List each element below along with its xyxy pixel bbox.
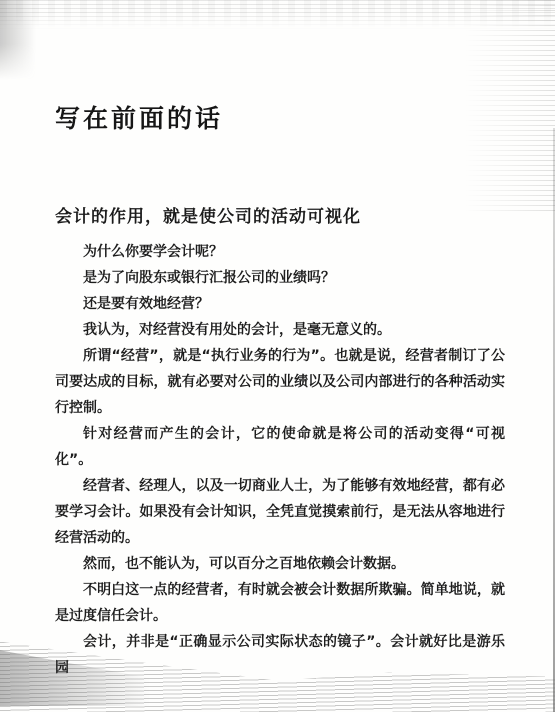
scanned-book-page: 写在前面的话 会计的作用，就是使公司的活动可视化 为什么你要学会计呢？ 是为了向…	[0, 0, 555, 712]
body-text-block: 为什么你要学会计呢？ 是为了向股东或银行汇报公司的业绩吗？ 还是要有效地经营？ …	[55, 239, 505, 681]
scan-noise-top-right-streaks	[465, 0, 555, 212]
body-paragraph: 是为了向股东或银行汇报公司的业绩吗？	[55, 265, 505, 291]
body-paragraph: 针对经营而产生的会计，它的使命就是将公司的活动变得“可视化”。	[55, 421, 505, 473]
body-paragraph: 经营者、经理人，以及一切商业人士，为了能够有效地经营，都有必要学习会计。如果没有…	[55, 473, 505, 551]
section-heading: 会计的作用，就是使公司的活动可视化	[55, 202, 361, 227]
body-paragraph: 我认为，对经营没有用处的会计，是毫无意义的。	[55, 317, 505, 343]
page-title: 写在前面的话	[55, 99, 223, 135]
body-paragraph: 为什么你要学会计呢？	[55, 239, 505, 265]
body-paragraph: 不明白这一点的经营者，有时就会被会计数据所欺骗。简单地说，就是过度信任会计。	[55, 577, 505, 629]
body-paragraph: 会计，并非是“正确显示公司实际状态的镜子”。会计就好比是游乐园	[55, 629, 505, 681]
scan-noise-top-left-corner	[0, 0, 36, 80]
body-paragraph: 所谓“经营”，就是“执行业务的行为”。也就是说，经营者制订了公司要达成的目标，就…	[55, 343, 505, 421]
body-paragraph: 还是要有效地经营？	[55, 291, 505, 317]
body-paragraph: 然而，也不能认为，可以百分之百地依赖会计数据。	[55, 551, 505, 577]
